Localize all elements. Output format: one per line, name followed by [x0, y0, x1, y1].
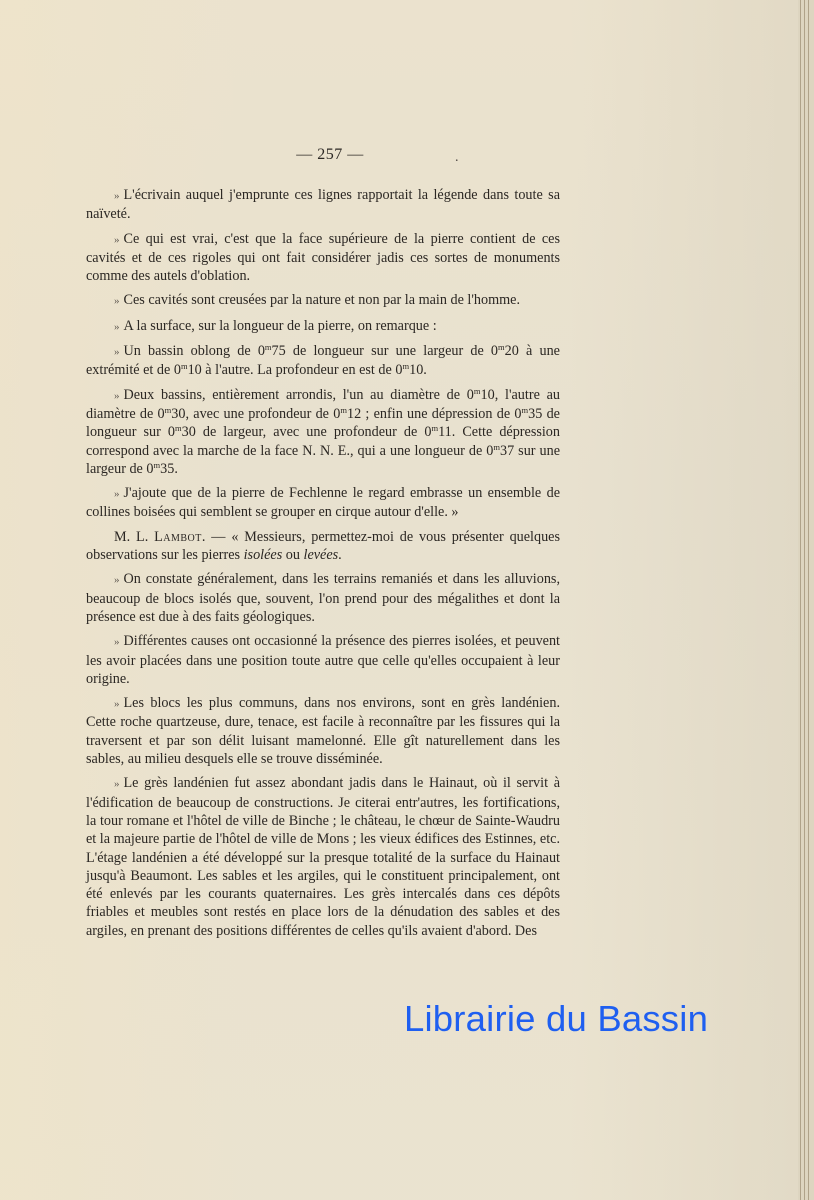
paragraph-text: Ce qui est vrai, c'est que la face supér… [86, 231, 560, 285]
paragraph-speaker: M. L. Lambot. — « Messieurs, permettez-m… [86, 528, 560, 565]
paragraph-measurements: »Un bassin oblong de 0m75 de longueur su… [86, 342, 560, 380]
italic-term: levées [304, 547, 339, 563]
paragraph-text: Ces cavités sont creusées par la nature … [124, 292, 521, 308]
unit-superscript: m [474, 386, 481, 396]
page-edge-line [804, 0, 805, 1200]
unit-superscript: m [498, 342, 505, 352]
page-number: — 257 — [0, 146, 660, 164]
page-edge-line [800, 0, 801, 1200]
quote-mark: » [114, 574, 120, 586]
watermark-text: Librairie du Bassin [404, 998, 708, 1040]
paragraph: »On constate généralement, dans les terr… [86, 570, 560, 626]
page-edge [798, 0, 814, 1200]
paragraph: »J'ajoute que de la pierre de Fechlenne … [86, 484, 560, 522]
paragraph: »Les blocs les plus communs, dans nos en… [86, 694, 560, 768]
text-fragment: ou [282, 547, 303, 563]
speaker-name: Lambot [154, 529, 202, 545]
text-fragment: 30, avec une profondeur de 0 [171, 406, 340, 422]
stray-mark: . [455, 150, 459, 166]
text-fragment: 10 à l'autre. La profondeur en est de 0 [188, 362, 403, 378]
quote-mark: » [114, 778, 120, 790]
text-fragment: Un bassin oblong de 0 [124, 343, 265, 359]
quote-mark: » [114, 190, 120, 202]
text-fragment: 12 ; enfin une dépression de 0 [347, 406, 522, 422]
text-fragment: 75 de longueur sur une largeur de 0 [272, 343, 498, 359]
quote-mark: » [114, 295, 120, 307]
paragraph-text: J'ajoute que de la pierre de Fechlenne l… [86, 485, 560, 520]
unit-superscript: m [340, 405, 347, 415]
unit-superscript: m [265, 342, 272, 352]
paragraph: »Différentes causes ont occasionné la pr… [86, 632, 560, 688]
paragraph-text: A la surface, sur la longueur de la pier… [124, 318, 437, 334]
paragraph: »A la surface, sur la longueur de la pie… [86, 317, 560, 336]
paragraph-text: Le grès landénien fut assez abondant jad… [86, 775, 560, 938]
paragraph-measurements: »Deux bassins, entièrement arrondis, l'u… [86, 386, 560, 478]
paragraph: »Ce qui est vrai, c'est que la face supé… [86, 230, 560, 286]
text-fragment: 10. [409, 362, 427, 378]
paragraph-text: On constate généralement, dans les terra… [86, 571, 560, 625]
quote-mark: » [114, 488, 120, 500]
quote-mark: » [114, 698, 120, 710]
paragraph-text: L'écrivain auquel j'emprunte ces lignes … [86, 187, 560, 222]
body-text: »L'écrivain auquel j'emprunte ces lignes… [86, 186, 560, 941]
paragraph: »L'écrivain auquel j'emprunte ces lignes… [86, 186, 560, 224]
paragraph: »Le grès landénien fut assez abondant ja… [86, 774, 560, 940]
quote-mark: » [114, 346, 120, 358]
quote-mark: » [114, 390, 120, 402]
unit-superscript: m [175, 423, 182, 433]
paragraph-text: Les blocs les plus communs, dans nos env… [86, 695, 560, 767]
text-fragment: 30 de largeur, avec une profondeur de 0 [182, 424, 432, 440]
unit-superscript: m [493, 442, 500, 452]
text-fragment: Deux bassins, entièrement arrondis, l'un… [124, 387, 474, 403]
text-fragment: 35. [160, 461, 178, 477]
quote-mark: » [114, 234, 120, 246]
unit-superscript: m [181, 361, 188, 371]
quote-mark: » [114, 321, 120, 333]
page-edge-line [808, 0, 809, 1200]
paragraph-text: Différentes causes ont occasionné la pré… [86, 633, 560, 687]
speaker-initials: M. L. [114, 529, 154, 545]
quote-mark: » [114, 636, 120, 648]
text-fragment: . [338, 547, 342, 563]
italic-term: isolées [244, 547, 283, 563]
paragraph: »Ces cavités sont creusées par la nature… [86, 291, 560, 310]
